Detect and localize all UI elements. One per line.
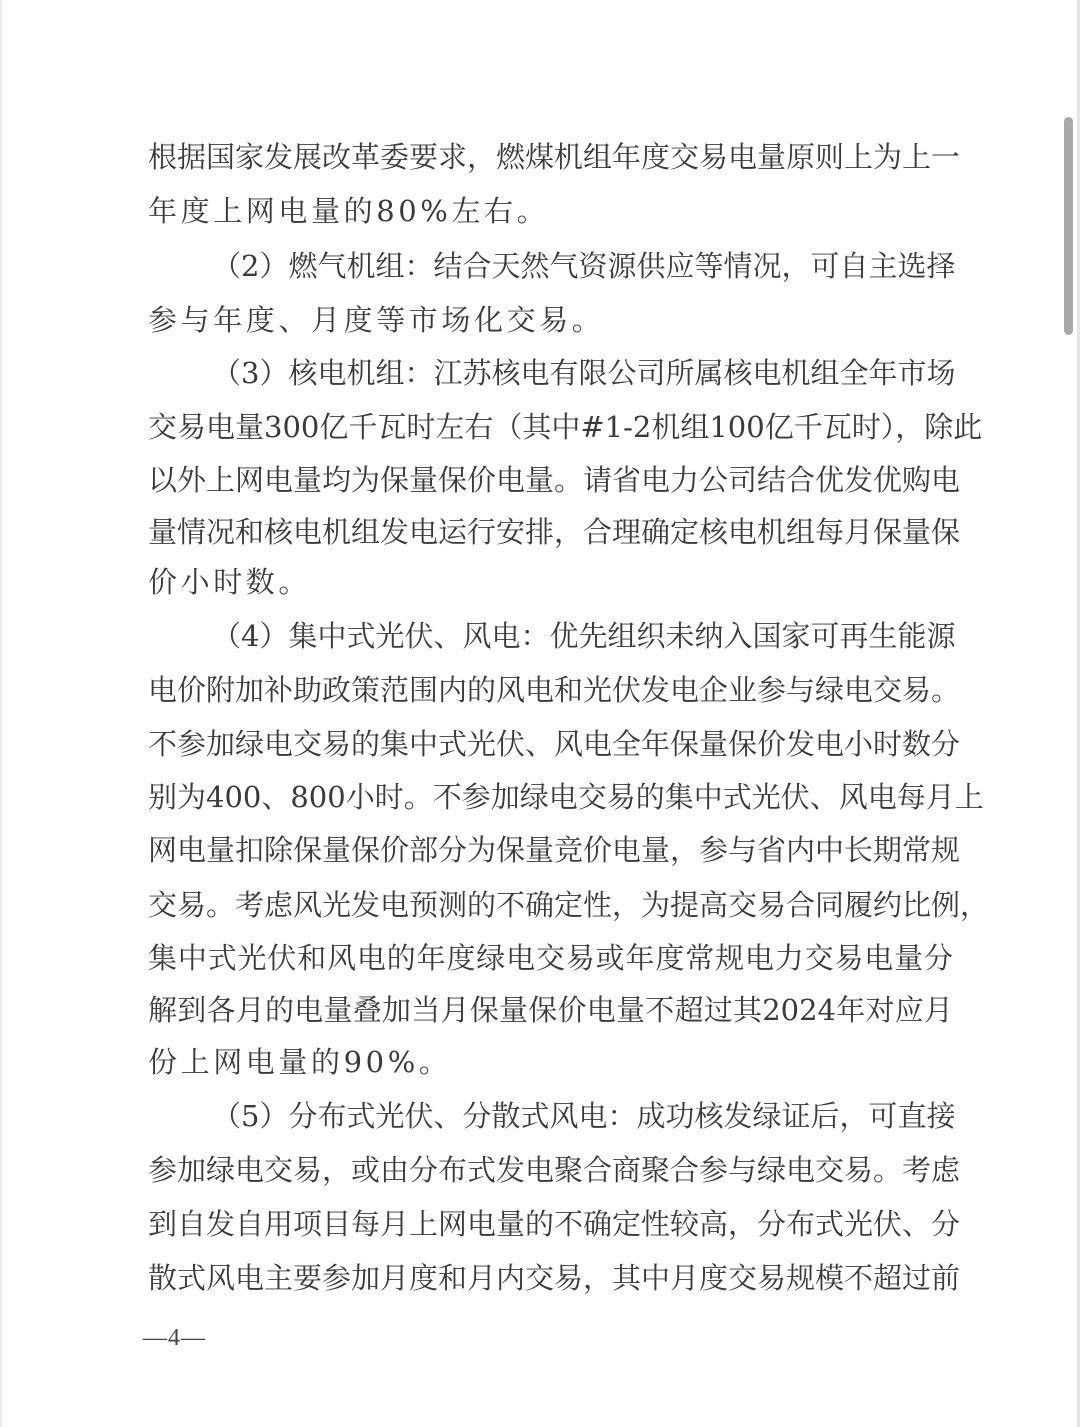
- text-line: 根据国家发展改革委要求，燃煤机组年度交易电量原则上为上一: [148, 137, 953, 177]
- list-item-3-heading: （3）核电机组：江苏核电有限公司所属核电机组全年市场: [212, 353, 953, 393]
- document-page: 根据国家发展改革委要求，燃煤机组年度交易电量原则上为上一 年度上网电量的80%左…: [0, 0, 1080, 1427]
- page-number: —4—: [143, 1320, 206, 1356]
- list-item-5-heading: （5）分布式光伏、分散式风电：成功核发绿证后，可直接: [212, 1096, 953, 1136]
- text-line: 参与年度、月度等市场化交易。: [148, 300, 953, 340]
- text-line: 交易电量300亿千瓦时左右（其中#1-2机组100亿千瓦时），除此: [148, 407, 953, 447]
- text-line: 网电量扣除保量保价部分为保量竞价电量，参与省内中长期常规: [148, 830, 953, 870]
- text-line: 到自发自用项目每月上网电量的不确定性较高，分布式光伏、分: [148, 1204, 953, 1244]
- text-line: 以外上网电量均为保量保价电量。请省电力公司结合优发优购电: [148, 460, 953, 500]
- list-item-4-heading: （4）集中式光伏、风电：优先组织未纳入国家可再生能源: [212, 616, 953, 656]
- text-line: 电价附加补助政策范围内的风电和光伏发电企业参与绿电交易。: [148, 670, 953, 710]
- text-line: 别为400、800小时。不参加绿电交易的集中式光伏、风电每月上: [148, 777, 953, 817]
- text-line: 价小时数。: [148, 562, 953, 602]
- text-line: 年度上网电量的80%左右。: [148, 191, 953, 231]
- text-line: 不参加绿电交易的集中式光伏、风电全年保量保价发电小时数分: [148, 724, 953, 764]
- text-line: 份上网电量的90%。: [148, 1042, 953, 1082]
- text-line: 量情况和核电机组发电运行安排，合理确定核电机组每月保量保: [148, 512, 953, 552]
- vertical-scrollbar-thumb[interactable]: [1064, 117, 1073, 335]
- list-item-2-heading: （2）燃气机组：结合天然气资源供应等情况，可自主选择: [212, 246, 953, 286]
- text-line: 交易。考虑风光发电预测的不确定性，为提高交易合同履约比例，: [148, 885, 953, 925]
- text-line: 散式风电主要参加月度和月内交易，其中月度交易规模不超过前: [148, 1258, 953, 1298]
- text-line: 参加绿电交易，或由分布式发电聚合商聚合参与绿电交易。考虑: [148, 1150, 953, 1190]
- text-line: 集中式光伏和风电的年度绿电交易或年度常规电力交易电量分: [148, 938, 953, 978]
- text-line: 解到各月的电量叠加当月保量保价电量不超过其2024年对应月: [148, 990, 953, 1030]
- page-left-edge: [0, 0, 2, 1427]
